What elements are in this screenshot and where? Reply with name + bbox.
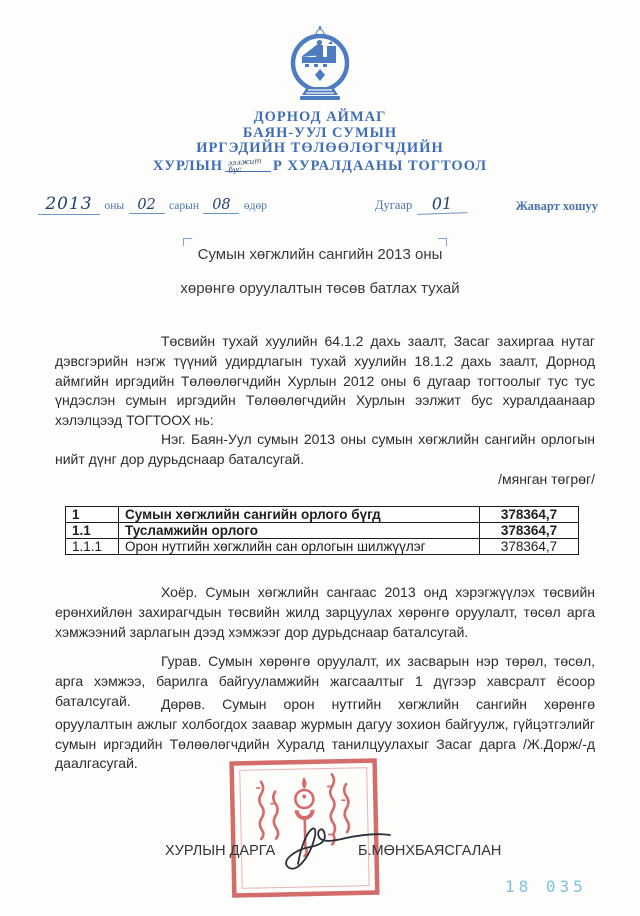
handwritten-session-note: ээлжит бус (225, 157, 271, 172)
table-row: 1.1.1 Орон нутгийн хөгжлийн сан орлогын … (66, 539, 579, 555)
row-number-cell: 1.1.1 (66, 539, 119, 555)
letterhead: ДОРНОД АЙМАГ БАЯН-УУЛ СУМЫН ИРГЭДИЙН ТӨЛ… (0, 110, 640, 174)
place-field: Жаварт хошуу (516, 197, 598, 215)
month-label: сарын (169, 200, 199, 212)
place-name: Жаварт хошуу (516, 199, 598, 213)
paragraph-clause-2: Хоёр. Сумын хөгжлийн сангаас 2013 онд хэ… (55, 583, 595, 642)
revenue-table: 1 Сумын хөгжлийн сангийн орлого бүгд 378… (65, 506, 579, 555)
handwritten-day: 08 (203, 197, 239, 214)
row-number-cell: 1 (66, 507, 119, 523)
letterhead-line4-prefix: ХУРЛЫН (153, 158, 223, 174)
dateline: 2013 оны 02 сарын 08 өдөр Дугаар 01 Жава… (0, 192, 640, 218)
registry-number: 18 035 (505, 877, 587, 896)
title-corner-mark-left (183, 238, 192, 246)
table-row: 1.1 Тусламжийн орлого 378364,7 (66, 523, 579, 539)
paragraph-preamble: Төсвийн тухай хуулийн 64.1.2 дахь заалт,… (55, 332, 595, 431)
day-label: өдөр (244, 200, 267, 212)
dornod-aimag-crest-icon (281, 24, 359, 108)
paragraph-clause-1: Нэг. Баян-Уул сумын 2013 оны сумын хөгжл… (55, 430, 595, 470)
title-line-1: Сумын хөгжлийн сангийн 2013 оны (0, 246, 640, 263)
table-row: 1 Сумын хөгжлийн сангийн орлого бүгд 378… (66, 507, 579, 523)
row-value-cell: 378364,7 (480, 507, 579, 523)
date-fields: 2013 оны 02 сарын 08 өдөр (38, 194, 267, 215)
year-label: оны (104, 200, 124, 212)
row-value-cell: 378364,7 (480, 523, 579, 539)
number-field: Дугаар 01 (375, 194, 467, 214)
letterhead-aimag: ДОРНОД АЙМАГ (0, 110, 640, 126)
number-label: Дугаар (375, 198, 412, 212)
row-number-cell: 1.1 (66, 523, 119, 539)
letterhead-sum: БАЯН-УУЛ СУМЫН (0, 126, 640, 142)
handwritten-year: 2013 (38, 194, 100, 215)
letterhead-resolution-line: ХУРЛЫНээлжит бусР ХУРАЛДААНЫ ТОГТООЛ (0, 157, 640, 175)
title-line-2: хөрөнгө оруулалтын төсөв батлах тухай (0, 280, 640, 297)
row-value-cell: 378364,7 (480, 539, 579, 555)
currency-unit-note: /мянган төгрөг/ (55, 471, 595, 487)
letterhead-line4-suffix: Р ХУРАЛДААНЫ ТОГТООЛ (273, 158, 487, 174)
document-title: Сумын хөгжлийн сангийн 2013 оны хөрөнгө … (0, 246, 640, 314)
signatory-role: ХУРЛЫН ДАРГА (165, 843, 275, 859)
row-name-cell: Сумын хөгжлийн сангийн орлого бүгд (119, 507, 480, 523)
handwritten-month: 02 (129, 197, 165, 214)
row-name-cell: Орон нутгийн хөгжлийн сан орлогын шилжүү… (119, 539, 480, 555)
title-corner-mark-right (438, 238, 447, 246)
handwritten-signature-ink (264, 806, 404, 876)
letterhead-khural: ИРГЭДИЙН ТӨЛӨӨЛӨГЧДИЙН (0, 141, 640, 157)
handwritten-number: 01 (416, 193, 467, 215)
scanned-resolution-document: ДОРНОД АЙМАГ БАЯН-УУЛ СУМЫН ИРГЭДИЙН ТӨЛ… (0, 0, 640, 916)
row-name-cell: Тусламжийн орлого (119, 523, 480, 539)
